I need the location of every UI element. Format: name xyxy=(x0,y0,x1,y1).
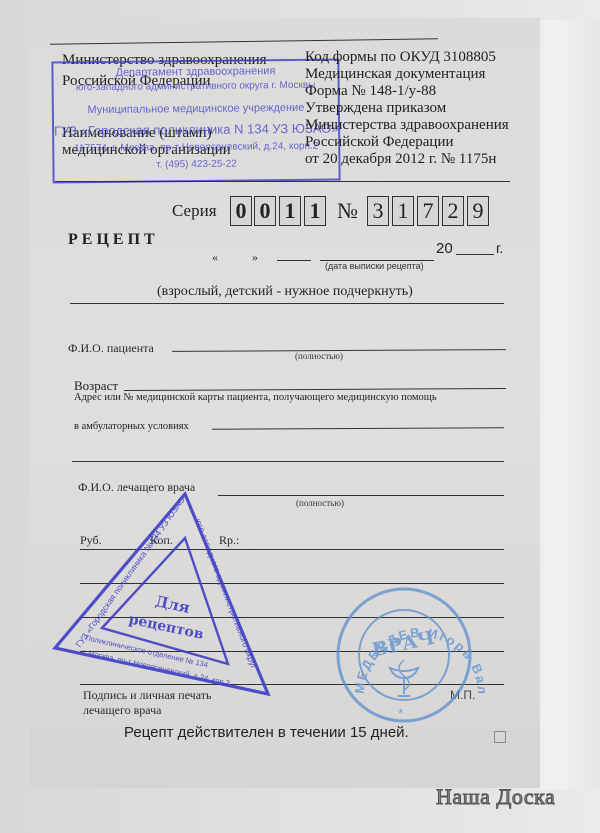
svg-text:ГУЗ «Городская поликлиника №13: ГУЗ «Городская поликлиника №134 УЗ ЮЗАО» xyxy=(0,0,187,649)
round-stamp-center: ВРАЧ xyxy=(370,627,436,662)
watermark: Наша Доска xyxy=(436,784,555,810)
doctor-round-stamp: МЕДВЕДЕВ Игорь Валерьевич ВРАЧ * xyxy=(0,0,490,721)
triangle-stamp: ГУЗ «Городская поликлиника №134 УЗ ЮЗАО»… xyxy=(0,0,600,833)
round-stamp-star: * xyxy=(398,705,404,721)
triangle-center-1: Для xyxy=(154,592,192,617)
